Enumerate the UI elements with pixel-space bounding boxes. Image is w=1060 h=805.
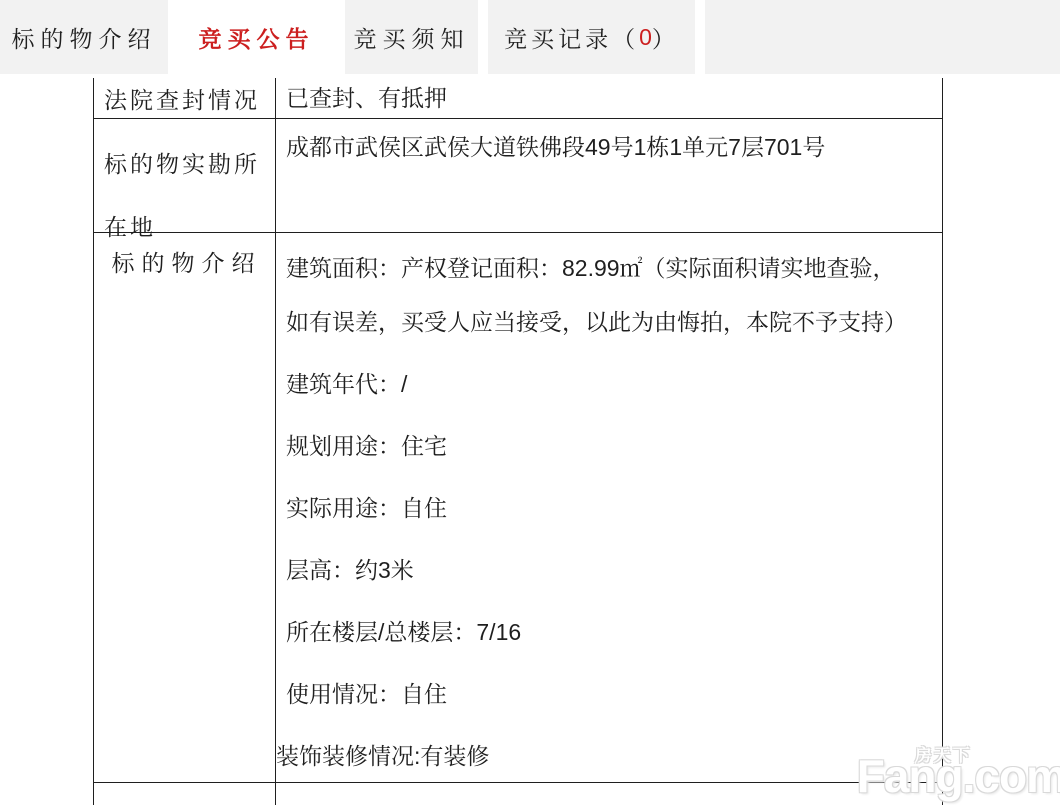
planned-use-text: 规划用途：住宅 — [286, 419, 908, 473]
table-row-court-seizure: 法院查封情况 已查封、有抵押 — [94, 78, 942, 119]
tab-label: 竞买须知 — [354, 21, 470, 54]
row-content: 建筑面积：产权登记面积：82.99㎡（实际面积请实地查验，如有误差，买受人应当接… — [276, 233, 942, 782]
table-row-next-partial — [94, 783, 942, 805]
decoration-status-text: 装饰装修情况:有装修 — [276, 729, 898, 783]
tab-bar-filler — [705, 0, 1060, 74]
row-label: 标的物实勘所在地 — [94, 119, 276, 232]
row-label — [94, 783, 276, 805]
tab-label-close: ） — [652, 21, 679, 54]
building-year-text: 建筑年代：/ — [286, 357, 908, 411]
tab-bar: 标的物介绍 竞买公告 竞买须知 竞买记录（0） — [0, 0, 1060, 74]
bid-count: 0 — [639, 24, 652, 51]
row-label: 法院查封情况 — [94, 78, 276, 118]
row-content: 已查封、有抵押 — [276, 78, 942, 118]
row-content — [276, 783, 942, 805]
usage-status-text: 使用情况：自住 — [286, 667, 908, 721]
row-content: 成都市武侯区武侯大道铁佛段49号1栋1单元7层701号 — [276, 119, 942, 232]
tab-label: 竞买记录（ — [504, 21, 639, 54]
tab-auction-notice[interactable]: 竞买须知 — [345, 0, 478, 74]
table-row-survey-location: 标的物实勘所在地 成都市武侯区武侯大道铁佛段49号1栋1单元7层701号 — [94, 119, 942, 233]
floor-number-text: 所在楼层/总楼层：7/16 — [286, 605, 908, 659]
tab-label: 竞买公告 — [199, 21, 315, 54]
auction-detail-page: 标的物介绍 竞买公告 竞买须知 竞买记录（0） 法院查封情况 已查封、有抵押 标… — [0, 0, 1060, 805]
tab-label: 标的物介绍 — [12, 21, 157, 54]
property-address-text: 成都市武侯区武侯大道铁佛段49号1栋1单元7层701号 — [286, 133, 932, 161]
floor-height-text: 层高：约3米 — [286, 543, 908, 597]
tab-subject-intro[interactable]: 标的物介绍 — [0, 0, 168, 74]
building-area-text: 建筑面积：产权登记面积：82.99㎡（实际面积请实地查验，如有误差，买受人应当接… — [286, 241, 908, 349]
tab-auction-announcement[interactable]: 竞买公告 — [178, 0, 335, 74]
seizure-status-text: 已查封、有抵押 — [286, 84, 932, 112]
actual-use-text: 实际用途：自住 — [286, 481, 908, 535]
row-label: 标的物介绍 — [94, 233, 276, 782]
table-row-subject-intro: 标的物介绍 建筑面积：产权登记面积：82.99㎡（实际面积请实地查验，如有误差，… — [94, 233, 942, 783]
subject-detail-table: 法院查封情况 已查封、有抵押 标的物实勘所在地 成都市武侯区武侯大道铁佛段49号… — [93, 78, 943, 805]
tab-bid-records[interactable]: 竞买记录（0） — [488, 0, 695, 74]
